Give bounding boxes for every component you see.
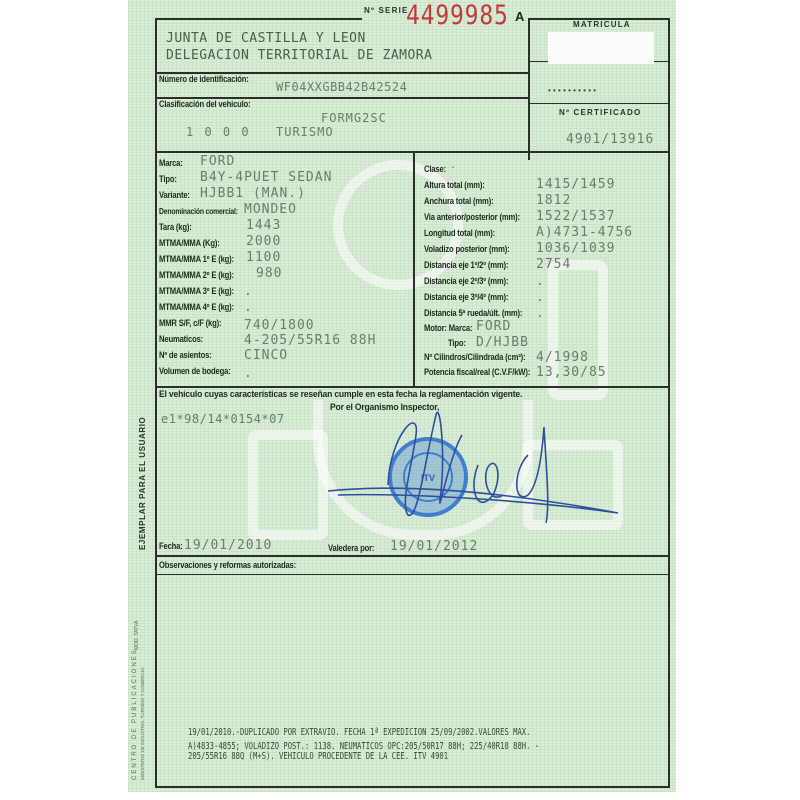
- field-value: MONDEO: [244, 202, 297, 217]
- clasificacion-label: Clasificación del vehiculo:: [159, 99, 250, 109]
- field-value: 1522/1537: [536, 209, 615, 224]
- field-label: MTMA/MMA 2º E (kg):: [159, 270, 234, 280]
- authority-line-2: DELEGACION TERRITORIAL DE ZAMORA: [166, 48, 432, 63]
- field-label: Anchura total (mm):: [424, 196, 493, 206]
- matricula-label: MATRICULA: [573, 20, 631, 29]
- matricula-dots: • • • • • • • • • •: [548, 86, 596, 95]
- field-label: MTMA/MMA 3º E (kg):: [159, 286, 234, 296]
- clasificacion-line1: FORMG2SC: [321, 111, 387, 125]
- field-label: Distancia 5ª rueda/últ. (mm):: [424, 308, 522, 318]
- field-value: A)4731-4756: [536, 225, 633, 240]
- field-label: Potencia fiscal/real (C.V.F/kW):: [424, 367, 530, 377]
- valedera-label: Valedera por:: [328, 543, 374, 553]
- side-label: EJEMPLAR PARA EL USUARIO: [138, 417, 147, 550]
- field-value: 1415/1459: [536, 177, 615, 192]
- field-label: Longitud total (mm):: [424, 228, 495, 238]
- side-footer-2: MINISTERIO DE INDUSTRIA, TURISMO Y COMER…: [140, 667, 145, 780]
- field-label: MTMA/MMA 1º E (kg):: [159, 254, 234, 264]
- field-label: Neumaticos:: [159, 334, 203, 344]
- serial-label: Nº SERIE: [364, 6, 409, 15]
- identificacion-label: Número de identificación:: [159, 74, 249, 84]
- field-value: 4-205/55R16 88H: [244, 333, 376, 348]
- valedera-value: 19/01/2012: [390, 539, 478, 554]
- side-footer: CENTRO DE PUBLICACIONES: [132, 648, 138, 780]
- field-label: Distancia eje 2º/3º (mm):: [424, 276, 508, 286]
- field-value: FORD: [476, 319, 511, 334]
- field-label: Denominación comercial:: [159, 207, 238, 216]
- field-label: MMR S/F, c/F (kg):: [159, 318, 221, 328]
- field-value: .: [536, 274, 545, 289]
- field-value: .: [450, 160, 457, 171]
- field-value: 4/1998: [536, 350, 589, 365]
- field-value: 1100: [246, 250, 281, 265]
- field-label: Variante:: [159, 190, 190, 200]
- certificado-value: 4901/13916: [566, 132, 654, 147]
- field-value: 740/1800: [244, 318, 315, 333]
- field-value: .: [244, 366, 253, 381]
- field-label: Nº de asientos:: [159, 350, 212, 360]
- identificacion-value: WF04XXGBB42B42524: [276, 80, 407, 94]
- fecha-value: 19/01/2010: [184, 538, 272, 553]
- field-label: Tipo:: [448, 338, 466, 348]
- field-value: 2000: [246, 234, 281, 249]
- field-label: MTMA/MMA (Kg):: [159, 238, 220, 248]
- field-value: HJBB1 (MAN.): [200, 186, 306, 201]
- field-value: D/HJBB: [476, 335, 529, 350]
- matricula-redacted: [548, 32, 654, 64]
- field-label: Tipo:: [159, 174, 177, 184]
- field-label: Volumen de bodega:: [159, 366, 231, 376]
- field-label: Via anterior/posterior (mm):: [424, 212, 520, 222]
- side-footer-3: MOD. TATVA: [134, 621, 140, 650]
- field-label: Tara (kg):: [159, 222, 192, 232]
- observaciones-line: 205/55R16 88Q (M+S). VEHICULO PROCEDENTE…: [188, 751, 448, 762]
- field-value: .: [244, 300, 253, 315]
- field-value: 13,30/85: [536, 365, 607, 380]
- field-value: .: [536, 306, 545, 321]
- field-label: MTMA/MMA 4º E (kg):: [159, 302, 234, 312]
- signature-stamp-icon: ITV: [328, 395, 628, 535]
- field-label: Altura total (mm):: [424, 180, 485, 190]
- field-label: Marca:: [159, 158, 183, 168]
- field-label: Distancia eje 1º/2º (mm):: [424, 260, 508, 270]
- observaciones-label: Observaciones y reformas autorizadas:: [159, 560, 296, 570]
- serial-suffix: A: [515, 9, 524, 24]
- clasificacion-code: 1 0 0 0: [186, 125, 251, 139]
- field-label: Distancia eje 3º/4º (mm):: [424, 292, 508, 302]
- field-value: CINCO: [244, 348, 288, 363]
- field-value: 1812: [536, 193, 571, 208]
- field-label: Motor: Marca:: [424, 323, 472, 333]
- field-label: Clase:: [424, 164, 446, 174]
- field-value: .: [536, 290, 545, 305]
- clasificacion-type: TURISMO: [276, 125, 334, 139]
- field-value: B4Y-4PUET SEDAN: [200, 170, 332, 185]
- observaciones-line: 19/01/2010.-DUPLICADO POR EXTRAVIO. FECH…: [188, 727, 530, 738]
- field-value: 1036/1039: [536, 241, 615, 256]
- fecha-label: Fecha:: [159, 541, 183, 551]
- field-value: .: [244, 284, 253, 299]
- field-value: 980: [256, 266, 282, 281]
- certificado-label: Nº CERTIFICADO: [559, 108, 641, 117]
- vehicle-inspection-card: Nº SERIE 4499985 A JUNTA DE CASTILLA Y L…: [128, 0, 676, 792]
- field-value: 1443: [246, 218, 281, 233]
- homologation-number: e1*98/14*0154*07: [161, 412, 285, 426]
- field-label: Nº Cilindros/Cilindrada (cm³):: [424, 352, 525, 362]
- field-label: Voladizo posterior (mm):: [424, 244, 509, 254]
- serial-number: 4499985: [406, 0, 509, 31]
- field-value: FORD: [200, 154, 235, 169]
- field-value: 2754: [536, 257, 571, 272]
- authority-line-1: JUNTA DE CASTILLA Y LEON: [166, 31, 366, 46]
